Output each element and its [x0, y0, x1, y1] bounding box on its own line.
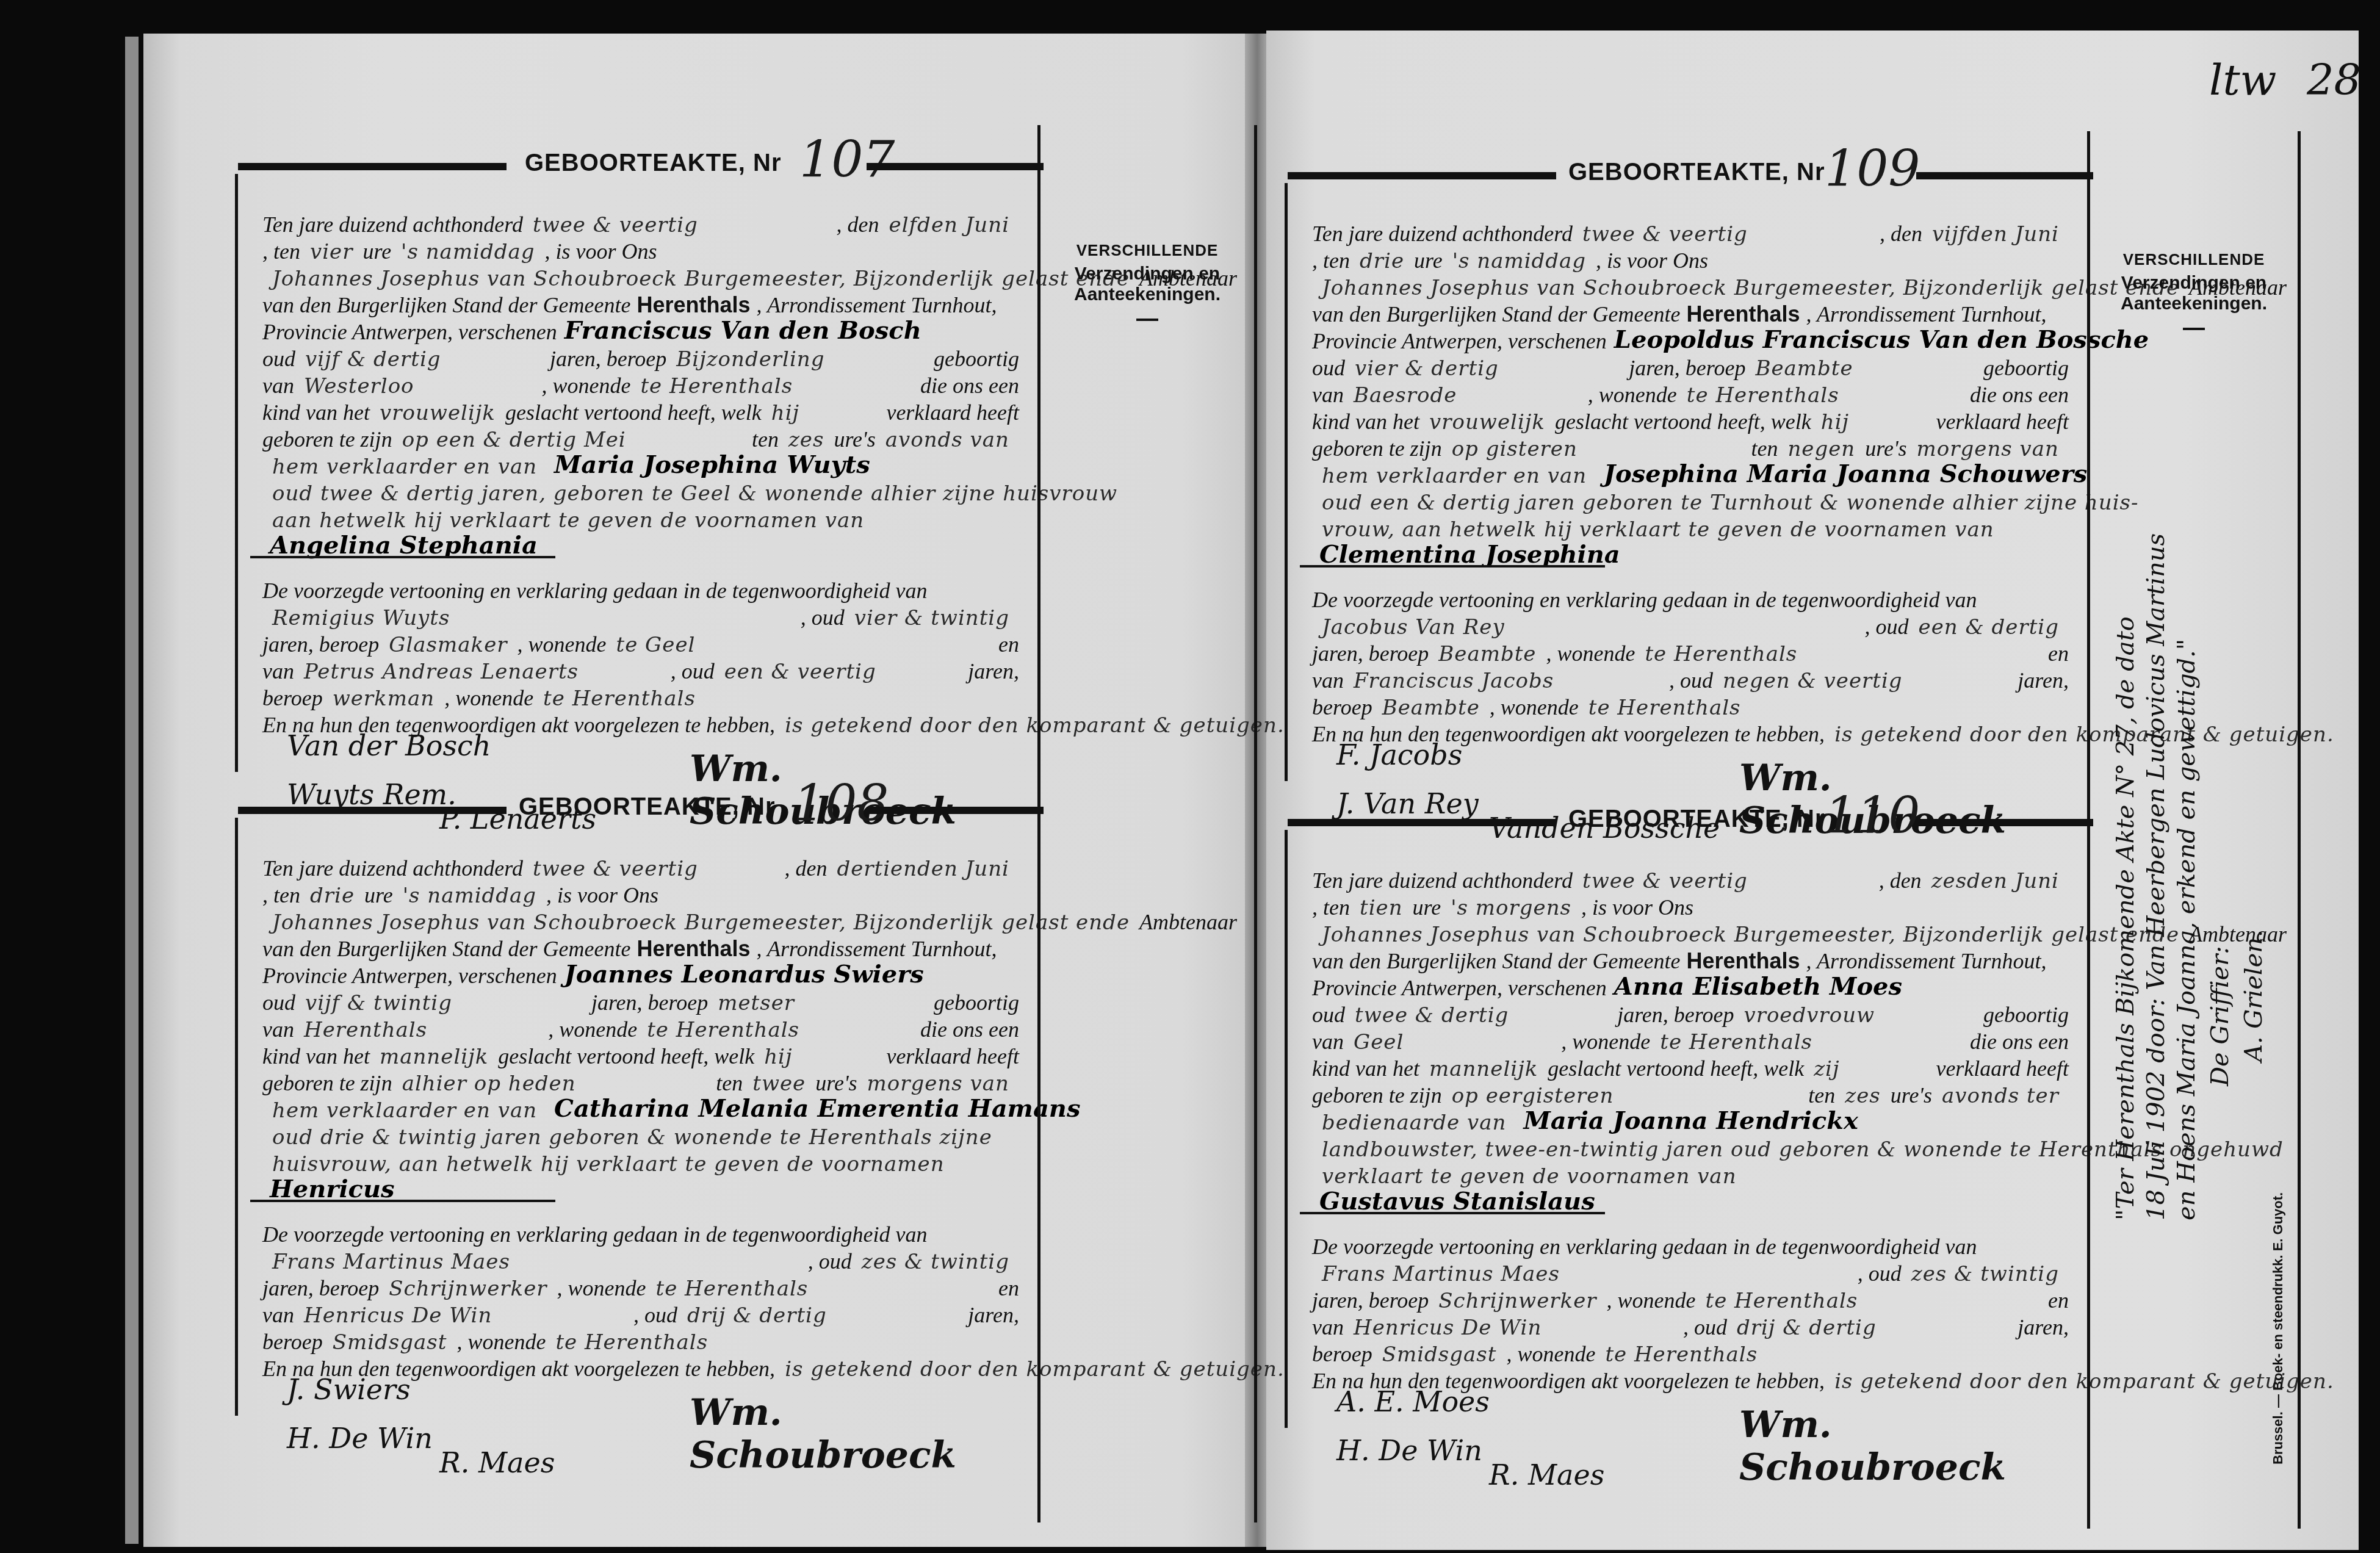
- marginal-note-line: De Griffier:: [2206, 946, 2234, 1086]
- act-number: 107: [799, 131, 895, 189]
- name-underline: [250, 1200, 555, 1202]
- name-underline: [1300, 565, 1605, 568]
- birth-act-108: GEBOORTEAKTE, Nr 108 Ten jare duizend ac…: [235, 818, 1044, 1416]
- header-rule: [867, 163, 1044, 170]
- signature: Wm. Schoubroeck: [690, 1391, 1019, 1477]
- name-underline: [250, 556, 555, 558]
- page-edge: [125, 37, 139, 1544]
- header-rule: [1288, 172, 1556, 179]
- birth-act-109: GEBOORTEAKTE, Nr 109 Ten jare duizend ac…: [1285, 183, 2093, 781]
- margin-dash: [1136, 319, 1158, 321]
- folio-mark: ltw: [2209, 55, 2276, 105]
- margin-heading-main: Verzendingen en Aanteekeningen.: [2090, 273, 2298, 314]
- handwritten-entry: Henricus: [270, 1175, 395, 1203]
- act-title: GEBOORTEAKTE, Nr: [519, 793, 775, 821]
- form-line: Clementina Josephina: [1312, 530, 2069, 569]
- signature: F. Jacobs: [1336, 738, 1462, 771]
- signature: J. Swiers: [287, 1373, 411, 1406]
- folio-number: 28: [2307, 55, 2361, 105]
- header-rule: [1288, 819, 1556, 826]
- act-title: GEBOORTEAKTE, Nr: [525, 150, 781, 177]
- act-header: GEBOORTEAKTE, Nr 108: [238, 793, 1044, 830]
- margin-heading-small: VERSCHILLENDE: [2090, 250, 2298, 269]
- act-header: GEBOORTEAKTE, Nr 110: [1288, 805, 2093, 842]
- margin-heading-main: Verzendingen en Aanteekeningen.: [1040, 264, 1254, 305]
- form-line: Gustavus Stanislaus: [1312, 1176, 2069, 1216]
- act-number: 110: [1825, 787, 1920, 845]
- header-rule: [238, 807, 507, 814]
- act-title: GEBOORTEAKTE, Nr: [1568, 159, 1825, 186]
- margin-dash: [2183, 328, 2205, 330]
- birth-act-107: GEBOORTEAKTE, Nr 107 Ten jare duizend ac…: [235, 174, 1044, 772]
- header-rule: [1916, 819, 2093, 826]
- act-number: 108: [793, 775, 889, 833]
- marginal-note-line: "Ter Herenthals Bijkomende Akte N° 27, d…: [2111, 616, 2140, 1220]
- signature: R. Maes: [1489, 1458, 1604, 1491]
- signature: Van der Bosch: [287, 729, 491, 762]
- handwritten-entry: Clementina Josephina: [1319, 540, 1620, 569]
- margin-heading-small: VERSCHILLENDE: [1040, 241, 1254, 260]
- signature: A. E. Moes: [1336, 1385, 1490, 1418]
- marginal-note-line: 18 Juli 1902 door: Van Heerbergen Ludovi…: [2142, 533, 2170, 1220]
- birth-act-110: GEBOORTEAKTE, Nr 110 Ten jare duizend ac…: [1285, 830, 2093, 1428]
- handwritten-entry: Angelina Stephania: [270, 531, 538, 560]
- header-rule: [867, 807, 1044, 814]
- margin-heading: VERSCHILLENDE Verzendingen en Aanteekeni…: [1040, 241, 1254, 321]
- handwritten-entry: Gustavus Stanislaus: [1319, 1187, 1595, 1216]
- header-rule: [1916, 172, 2093, 179]
- margin-column-left: VERSCHILLENDE Verzendingen en Aanteekeni…: [1037, 125, 1257, 1522]
- signature: Wm. Schoubroeck: [1739, 1403, 2069, 1489]
- header-rule: [238, 163, 507, 170]
- register-spread: ltw 28 GEBOORTEAKTE, Nr 107 Ten jare dui…: [0, 0, 2380, 1553]
- form-line: Angelina Stephania: [262, 521, 1019, 560]
- act-header: GEBOORTEAKTE, Nr 107: [238, 150, 1044, 186]
- act-title: GEBOORTEAKTE, Nr: [1568, 805, 1825, 833]
- act-header: GEBOORTEAKTE, Nr 109: [1288, 159, 2093, 195]
- marginal-note-signature: A. Grielen.: [2240, 929, 2268, 1062]
- form-line: Henricus: [262, 1164, 1019, 1203]
- marginal-note-line: en Hoens Maria Joanna, erkend en gewetti…: [2173, 639, 2201, 1220]
- printer-imprint: Brussel. — Boek- en steendrukk. E. Guyot…: [2270, 1192, 2286, 1465]
- name-underline: [1300, 1212, 1605, 1214]
- signature: H. De Win: [287, 1422, 433, 1455]
- signature: H. De Win: [1336, 1434, 1482, 1467]
- signature: R. Maes: [439, 1446, 555, 1479]
- act-number: 109: [1825, 140, 1920, 198]
- margin-heading: VERSCHILLENDE Verzendingen en Aanteekeni…: [2090, 250, 2298, 330]
